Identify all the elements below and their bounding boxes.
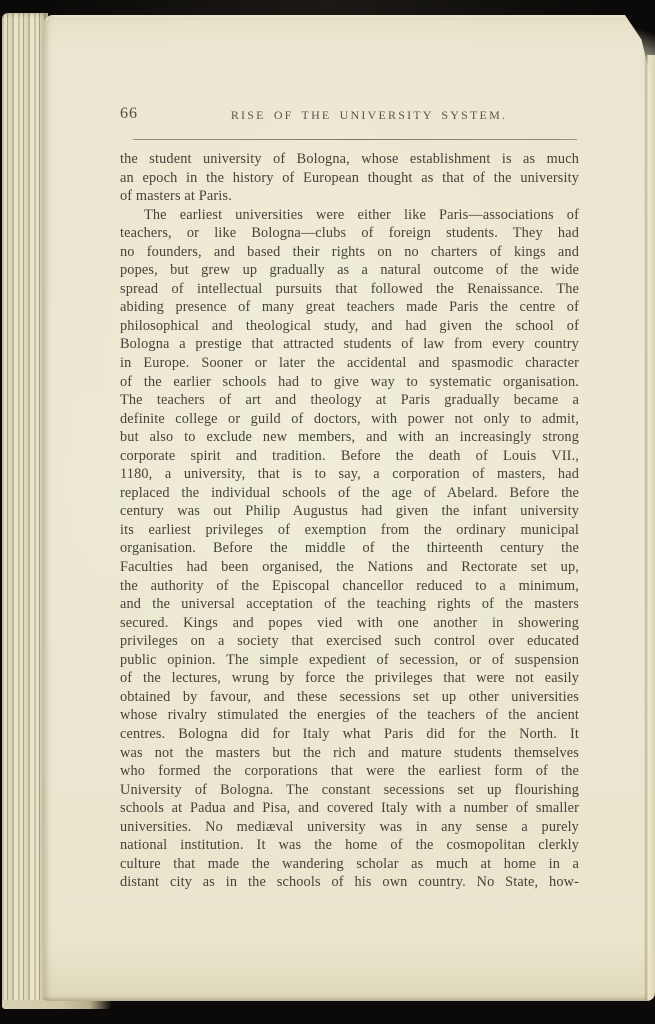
page-number: 66 (120, 105, 138, 123)
text-line: universities. No mediæval university was… (120, 818, 579, 837)
text-line: the authority of the Episcopal chancello… (120, 577, 579, 596)
text-line: of the lectures, wrung by force the priv… (120, 669, 579, 688)
text-line: its earliest privileges of exemption fro… (120, 521, 579, 540)
text-line: abiding presence of many great teachers … (120, 298, 579, 317)
text-line: centres. Bologna did for Italy what Pari… (120, 725, 579, 744)
page-text: the student university of Bologna, whose… (120, 150, 579, 892)
text-line: definite college or guild of doctors, wi… (120, 410, 579, 429)
text-line: philosophical and theological study, and… (120, 317, 579, 336)
text-line: culture that made the wandering scholar … (120, 855, 579, 874)
text-line: The teachers of art and theology at Pari… (120, 391, 579, 410)
text-line: national institution. It was the home of… (120, 836, 579, 855)
page-fore-edge-crease (644, 55, 655, 1001)
text-line: The earliest universities were either li… (120, 206, 579, 225)
running-title: RISE OF THE UNIVERSITY SYSTEM. (160, 108, 578, 123)
text-line: the student university of Bologna, whose… (120, 150, 579, 169)
text-line: teachers, or like Bologna—clubs of forei… (120, 224, 579, 243)
text-line: and the universal acceptation of the tea… (120, 595, 579, 614)
text-line: organisation. Before the middle of the t… (120, 539, 579, 558)
text-line: whose rivalry stimulated the energies of… (120, 706, 579, 725)
text-line: but also to exclude new members, and wit… (120, 428, 579, 447)
text-line: who formed the corporations that were th… (120, 762, 579, 781)
book-page-stack-bottom-edges (2, 1000, 112, 1009)
text-line: no founders, and based their rights on n… (120, 243, 579, 262)
text-line: privileges on a society that exercised s… (120, 632, 579, 651)
text-line: Faculties had been organised, the Nation… (120, 558, 579, 577)
text-line: public opinion. The simple expedient of … (120, 651, 579, 670)
text-line: century was out Philip Augustus had give… (120, 502, 579, 521)
text-line: an epoch in the history of European thou… (120, 169, 579, 188)
page-header: 66 RISE OF THE UNIVERSITY SYSTEM. (120, 105, 578, 145)
text-line: spread of intellectual pursuits that fol… (120, 280, 579, 299)
text-line: 1180, a university, that is to say, a co… (120, 465, 579, 484)
text-line: was not the masters but the rich and mat… (120, 744, 579, 763)
text-line: Bologna a prestige that attracted studen… (120, 335, 579, 354)
text-paragraph: The earliest universities were either li… (120, 206, 579, 892)
text-paragraph: the student university of Bologna, whose… (120, 150, 579, 206)
text-line: of the earlier schools had to give way t… (120, 373, 579, 392)
text-line: University of Bologna. The constant sece… (120, 781, 579, 800)
text-line: popes, but grew up gradually as a natura… (120, 261, 579, 280)
text-line: obtained by favour, and these secessions… (120, 688, 579, 707)
text-line: distant city as in the schools of his ow… (120, 873, 579, 892)
text-line: of masters at Paris. (120, 187, 579, 206)
book-page: 66 RISE OF THE UNIVERSITY SYSTEM. the st… (44, 15, 655, 1001)
text-line: in Europe. Sooner or later the accidenta… (120, 354, 579, 373)
scan-background: 66 RISE OF THE UNIVERSITY SYSTEM. the st… (0, 0, 655, 1024)
header-rule (133, 139, 577, 140)
book-page-stack-edges (2, 13, 48, 1009)
text-line: secured. Kings and popes vied with one a… (120, 614, 579, 633)
text-line: replaced the individual schools of the a… (120, 484, 579, 503)
text-line: schools at Padua and Pisa, and covered I… (120, 799, 579, 818)
text-line: corporate spirit and tradition. Before t… (120, 447, 579, 466)
